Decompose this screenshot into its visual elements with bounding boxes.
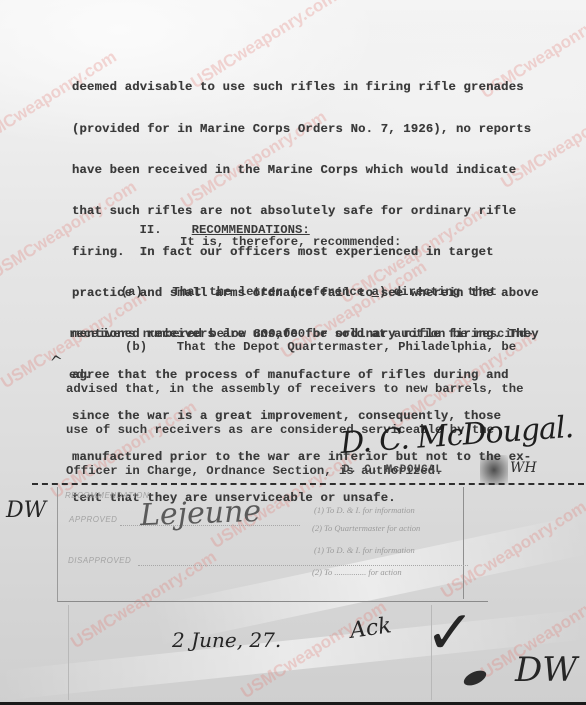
stamp-label-approved: Approved	[69, 515, 117, 524]
check-mark-icon: ✓	[425, 598, 475, 668]
ink-stamp-mark	[480, 455, 508, 485]
para-b-line: (b) That the Depot Quartermaster, Philad…	[66, 341, 524, 355]
body-line: have been received in the Marine Corps w…	[72, 164, 572, 178]
stamp-divider	[463, 487, 464, 599]
para-b-text: That the Depot Quartermaster, Philadelph…	[177, 340, 516, 354]
section-number: II.	[140, 223, 162, 237]
tear-line-divider	[32, 483, 584, 485]
routing-line: (1) To D. & I. for information	[314, 505, 415, 515]
margin-insert-mark: ^	[48, 351, 65, 372]
signature-initials: WH	[510, 460, 537, 476]
para-a-text: ) directing that	[379, 285, 497, 299]
body-line: deemed advisable to use such rifles in f…	[72, 81, 572, 95]
handwritten-initials-bottom-right: DW	[515, 650, 577, 690]
handwritten-date: 2 June, 27.	[172, 628, 281, 652]
para-a-label: (a)	[121, 285, 143, 299]
para-b-label: (b)	[125, 340, 147, 354]
recommendation-intro: It is, therefore, recommended:	[180, 235, 401, 249]
routing-line: (2) To Quartermaster for action	[312, 523, 420, 533]
ink-blot-mark	[462, 667, 489, 688]
para-a-line: (a) That the letter (reference a) direct…	[69, 286, 534, 300]
routing-line: (2) To ............... for action	[312, 567, 402, 577]
stamp-label-recommendation: Recommendation	[65, 491, 149, 500]
body-line: (provided for in Marine Corps Orders No.…	[72, 123, 572, 137]
typed-signatory-name: D. C. McDOUGAL	[343, 464, 442, 476]
document-page: USMCweaponry.com USMCweaponry.com USMCwe…	[0, 0, 586, 705]
routing-stamp: Recommendation Approved Disapproved (1) …	[57, 487, 488, 602]
recommendation-b: (b) That the Depot Quartermaster, Philad…	[66, 314, 524, 506]
para-b-line: Officer in Charge, Ordnance Section, is …	[66, 465, 524, 479]
approved-signature: Lejeune	[139, 494, 261, 533]
para-b-line: advised that, in the assembly of receive…	[66, 383, 524, 397]
disapproved-dotted-line	[138, 565, 468, 566]
para-a-text: That the letter (reference	[172, 285, 371, 299]
reference-a: a	[372, 285, 379, 299]
handwritten-initials-left: DW	[6, 498, 46, 523]
stamp-label-disapproved: Disapproved	[68, 556, 131, 565]
routing-line: (1) To D. & I. for information	[314, 545, 415, 555]
